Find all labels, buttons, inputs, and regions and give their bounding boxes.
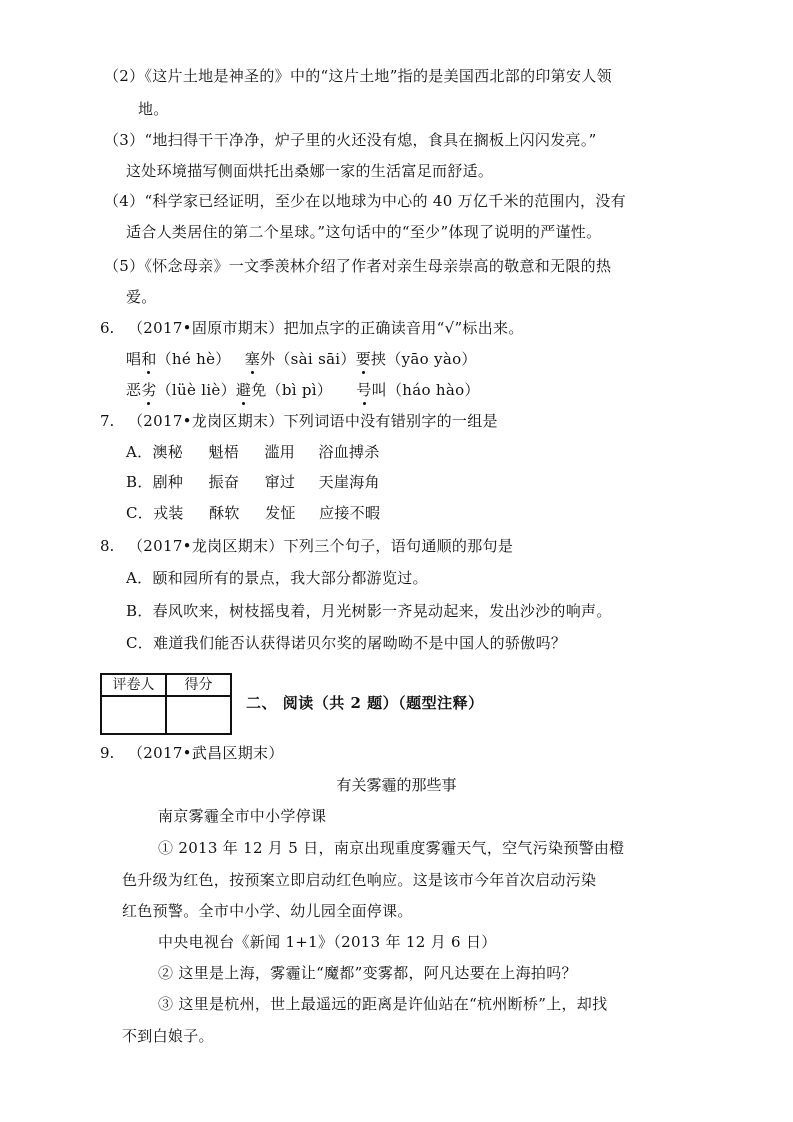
pinyin-row-1: 唱和（hé hè） 塞外（sài sāi）要挟（yāo yào） [126, 349, 477, 369]
word: 窜过 [265, 472, 319, 492]
option-c: C．难道我们能否认获得诺贝尔奖的屠呦呦不是中国人的骄傲吗？ [126, 633, 566, 653]
subhead-cctv: 中央电视台《新闻 1+1》（2013 年 12 月 6 日） [158, 932, 497, 952]
question-source: （2017•武昌区期末） [128, 743, 284, 763]
item-3-line-1: （3）“地扫得干干净净，炉子里的火还没有熄，食具在搁板上闪闪发亮。” [104, 130, 597, 150]
option-a: A．颐和园所有的景点，我大部分都游览过。 [126, 568, 428, 588]
question-stem: （2017•固原市期末）把加点字的正确读音用“√”标出来。 [128, 318, 524, 338]
para-2: ② 这里是上海，雾霾让“魔都”变雾都，阿凡达要在上海拍吗？ [158, 963, 577, 983]
subhead-nanjing: 南京雾霾全市中小学停课 [158, 806, 326, 826]
option-b: B．春风吹来，树枝摇曳着，月光树影一齐晃动起来，发出沙沙的响声。 [126, 601, 612, 621]
question-number: 6. [100, 318, 114, 338]
item-4-line-1: （4）“科学家已经证明，至少在以地球为中心的 40 万亿千米的范围内，没有 [104, 191, 626, 211]
option-label: A． [126, 569, 152, 587]
option-a: A．澳秘魁梧滥用浴血搏杀 [126, 442, 380, 462]
item-2-line-1: （2）《这片土地是神圣的》中的“这片土地”指的是美国西北部的印第安人领 [104, 66, 612, 86]
score-header: 得分 [166, 674, 231, 696]
para-3-line-2: 不到白娘子。 [122, 1026, 214, 1046]
word: 魁梧 [208, 442, 260, 462]
question-number: 8. [100, 536, 114, 556]
pinyin-options: （háo hào） [387, 381, 480, 399]
para-1-line-2: 色升级为红色，按预案立即启动红色响应。这是该市今年首次启动污染 [122, 870, 596, 890]
question-number: 9. [100, 743, 114, 763]
pinyin-row-2: 恶劣（lüè liè）避免（bì pì） 号叫（háo hào） [126, 380, 480, 400]
word: 天崖海角 [319, 473, 380, 491]
pinyin-options: （yāo yào） [386, 350, 476, 368]
article-title: 有关雾霾的那些事 [0, 775, 793, 795]
question-number: 7. [100, 411, 114, 431]
pinyin-options: （sài sāi） [275, 350, 355, 368]
pinyin-options: （lüè liè） [157, 381, 236, 399]
item-3-line-2: 这处环境描写侧面烘托出桑娜一家的生活富足而舒适。 [126, 161, 493, 181]
word: 滥用 [264, 442, 318, 462]
question-stem: （2017•龙岗区期末）下列词语中没有错别字的一组是 [128, 411, 498, 431]
option-text: 难道我们能否认获得诺贝尔奖的屠呦呦不是中国人的骄傲吗？ [153, 634, 566, 652]
section-2-title: 二、 阅读（共 2 题）（题型注释） [246, 693, 484, 713]
word: 剧种 [153, 472, 191, 492]
word: 澳秘 [152, 442, 190, 462]
word: 浴血搏杀 [318, 443, 379, 461]
option-label: B． [126, 473, 153, 491]
word-haojiao: 号叫 [356, 381, 387, 399]
item-5-line-1: （5）《怀念母亲》一文季羡林介绍了作者对亲生母亲崇高的敬意和无限的热 [104, 256, 611, 276]
pinyin-options: （bì pì） [267, 381, 333, 399]
option-label: B． [126, 602, 153, 620]
word-saiwai: 塞外 [245, 350, 276, 368]
option-text: 春风吹来，树枝摇曳着，月光树影一齐晃动起来，发出沙沙的响声。 [153, 602, 612, 620]
score-cell[interactable] [166, 696, 231, 734]
word-yaoxie: 要挟 [356, 350, 387, 368]
word: 发怔 [265, 503, 319, 523]
grader-cell[interactable] [101, 696, 166, 734]
option-c: C．戎装酥软发怔应接不暇 [126, 503, 380, 523]
grader-header: 评卷人 [101, 674, 166, 696]
option-label: A． [126, 443, 152, 461]
word: 戎装 [153, 503, 191, 523]
word: 应接不暇 [319, 504, 380, 522]
para-3-line-1: ③ 这里是杭州，世上最遥远的距离是许仙站在“杭州断桥”上，却找 [158, 994, 607, 1014]
item-2-line-2: 地。 [138, 99, 169, 119]
item-4-line-2: 适合人类居住的第二个星球。”这句话中的“至少”体现了说明的严谨性。 [126, 222, 601, 242]
word: 酥软 [209, 503, 261, 523]
word-elie: 恶劣 [126, 381, 157, 399]
pinyin-options: （hé hè） [157, 350, 231, 368]
word: 振奋 [209, 472, 261, 492]
option-b: B．剧种振奋窜过天崖海角 [126, 472, 380, 492]
para-1-line-3: 红色预警。全市中小学、幼儿园全面停课。 [122, 901, 413, 921]
question-stem: （2017•龙岗区期末）下列三个句子，语句通顺的那句是 [128, 536, 513, 556]
word-bimian: 避免 [236, 381, 267, 399]
score-table: 评卷人 得分 [100, 673, 232, 735]
word-changhe: 唱和 [126, 350, 157, 368]
item-5-line-2: 爱。 [126, 287, 157, 307]
para-1-line-1: ① 2013 年 12 月 5 日，南京出现重度雾霾天气，空气污染预警由橙 [158, 838, 625, 858]
option-text: 颐和园所有的景点，我大部分都游览过。 [152, 569, 427, 587]
option-label: C． [126, 634, 153, 652]
option-label: C． [126, 504, 153, 522]
